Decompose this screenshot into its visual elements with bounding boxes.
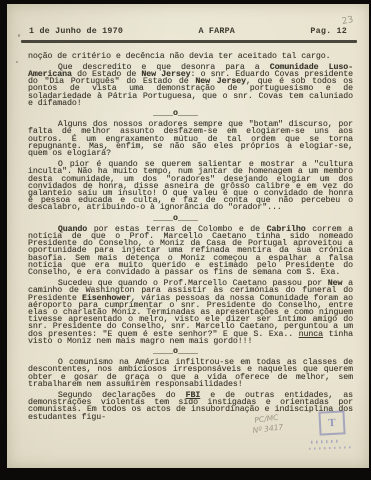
stamp-letter: T — [328, 417, 336, 429]
paragraph: O comunismo na América infiltrou-se em t… — [28, 359, 353, 388]
paragraph: O pior é quando se querem salientar e mo… — [28, 161, 353, 211]
document-body: noção de critério e decência não devia t… — [28, 53, 353, 421]
section-divider: ____o____ — [13, 348, 338, 355]
scanned-page: 23 1 de Junho de 1970 A FARPA Pag. 12 no… — [0, 0, 371, 480]
paragraph: Que descredito e que desonra para a Comu… — [28, 64, 353, 107]
header-date: 1 de Junho de 1970 — [29, 26, 123, 36]
paragraph: Quando por estas terras de Colombo e de … — [28, 226, 353, 276]
paragraph: Sucedeu que quando o Prof.Marcello Caeta… — [28, 280, 353, 345]
text-run: correm a notícia de que o Prof. Marcello… — [28, 225, 353, 277]
paragraph: Alguns dos nossos oradores sempre que "b… — [28, 121, 353, 157]
header-rule — [21, 40, 357, 43]
section-divider: ____o____ — [13, 215, 338, 222]
text-run: noção de critério e decência não devia t… — [28, 52, 331, 61]
paper-sheet: 23 1 de Junho de 1970 A FARPA Pag. 12 no… — [7, 4, 369, 468]
section-divider: ____o____ — [13, 110, 338, 117]
text-run: Alguns dos nossos oradores sempre que "b… — [28, 120, 353, 158]
text-run: O pior é quando se querem salientar e mo… — [28, 160, 353, 212]
text-run: nunca — [299, 330, 323, 339]
stamp-faint-row — [311, 440, 341, 444]
page-header: 1 de Junho de 1970 A FARPA Pag. 12 — [7, 4, 369, 36]
paragraph: noção de critério e decência não devia t… — [28, 53, 353, 60]
paragraph: Segundo declarações do FBI e de outras e… — [28, 392, 353, 421]
archive-stamp: T — [318, 410, 345, 435]
stamp-faint-text — [309, 439, 353, 454]
stamp-faint-row — [309, 446, 353, 450]
header-page-number: Pag. 12 — [310, 26, 347, 36]
pencil-reference-note: PC/MC Nº 3417 — [254, 412, 284, 434]
pencil-speck — [18, 34, 21, 38]
pencil-speck — [16, 61, 18, 63]
header-title: A FARPA — [198, 26, 235, 36]
text-run: O comunismo na América infiltrou-se em t… — [28, 358, 353, 389]
